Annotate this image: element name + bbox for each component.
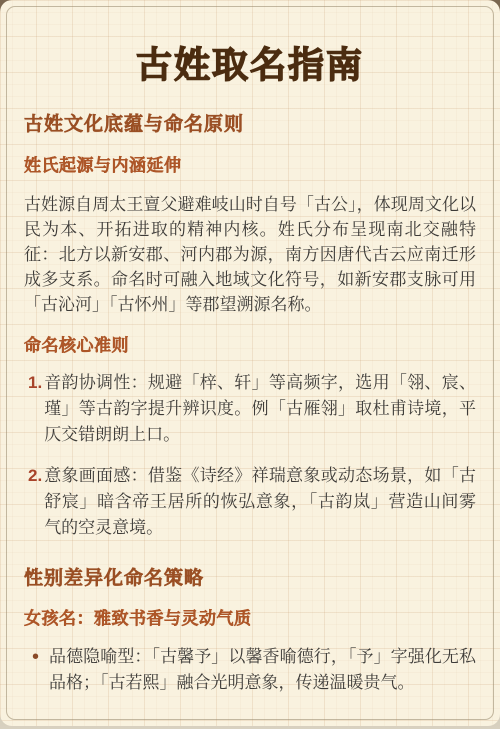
subsection-heading-girl-names: 女孩名：雅致书香与灵动气质 [24,609,476,629]
section-heading-gender-strategy: 性别差异化命名策略 [24,568,476,591]
poster-card: 古姓取名指南 古姓文化底蕴与命名原则 姓氏起源与内涵延伸 古姓源自周太王亶父避难… [0,0,500,726]
list-item-number: 2. [28,463,42,489]
section-heading-culture-principles: 古姓文化底蕴与命名原则 [24,114,476,137]
naming-rules-list: 1. 音韵协调性：规避「梓、轩」等高频字，选用「翎、宸、瑾」等古韵字提升辨识度。… [24,370,476,541]
list-item-imagery: 2. 意象画面感：借鉴《诗经》祥瑞意象或动态场景，如「古舒宸」暗含帝王居所的恢弘… [24,463,476,541]
list-item-virtue-metaphor: • 品德隐喻型：「古馨予」以馨香喻德行，「予」字强化无私品格；「古若熙」融合光明… [24,644,476,696]
bullet-dot-icon: • [32,644,39,670]
list-item-number: 1. [28,370,42,396]
subsection-heading-surname-origin: 姓氏起源与内涵延伸 [24,156,476,176]
list-item-text: 意象画面感：借鉴《诗经》祥瑞意象或动态场景，如「古舒宸」暗含帝王居所的恢弘意象，… [44,463,476,541]
list-item-text: 音韵协调性：规避「梓、轩」等高频字，选用「翎、宸、瑾」等古韵字提升辨识度。例「古… [44,370,476,448]
page-title: 古姓取名指南 [24,42,476,87]
list-item-phonetic-harmony: 1. 音韵协调性：规避「梓、轩」等高频字，选用「翎、宸、瑾」等古韵字提升辨识度。… [24,370,476,448]
girl-names-list: • 品德隐喻型：「古馨予」以馨香喻德行，「予」字强化无私品格；「古若熙」融合光明… [24,644,476,696]
list-item-text: 品德隐喻型：「古馨予」以馨香喻德行，「予」字强化无私品格；「古若熙」融合光明意象… [49,644,476,696]
paragraph-surname-origin: 古姓源自周太王亶父避难岐山时自号「古公」，体现周文化以民为本、开拓进取的精神内核… [24,192,476,317]
subsection-heading-naming-rules: 命名核心准则 [24,336,476,356]
